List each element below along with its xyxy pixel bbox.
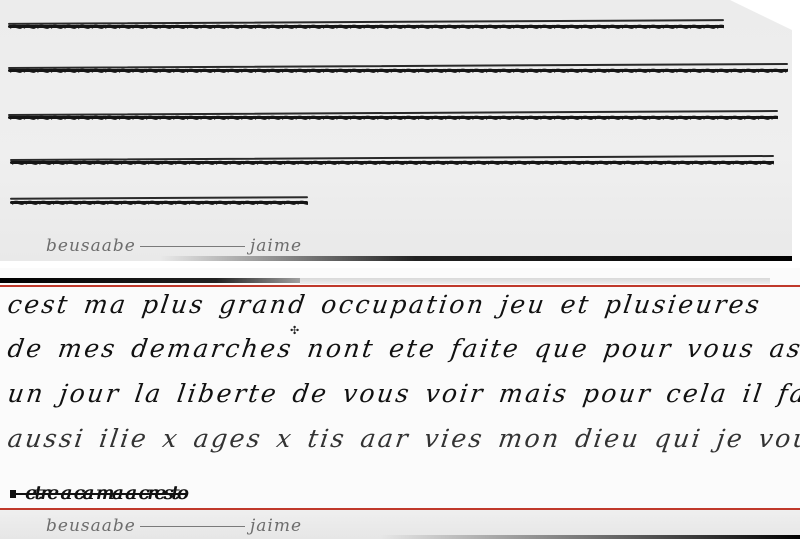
censored-line-1: ~~~~~~~~~~~~~~~~~~~~~~~~~~~~~~~~~~~~~~~~… <box>8 14 724 36</box>
lower-scan-strip: beusaabe jaime <box>0 510 800 539</box>
handwritten-line-1: cest ma plus grand occupation jeu et plu… <box>6 290 764 319</box>
strike-through <box>8 25 724 28</box>
handwritten-line-5-struck: etre a ca ma a cresto <box>10 482 186 504</box>
footer-word-left: beusaabe <box>46 236 136 256</box>
footer-word-right: jaime <box>250 236 302 256</box>
footer-word-left: beusaabe <box>46 516 136 536</box>
strike-through <box>10 493 186 495</box>
strike-through <box>10 161 774 164</box>
censored-line-4: ~~~~~~~~~~~~~~~~~~~~~~~~~~~~~~~~~~~~~~~~… <box>10 150 774 172</box>
footer-word-right: jaime <box>250 516 302 536</box>
footer-dash <box>140 246 245 247</box>
handwritten-line-2: de mes demarches nont ete faite que pour… <box>6 334 800 363</box>
deciphered-scan-panel: cest ma plus grand occupation jeu et plu… <box>0 268 800 539</box>
censored-line-3: ~~~~~~~~~~~~~~~~~~~~~~~~~~~~~~~~~~~~~~~~… <box>8 105 778 127</box>
censored-line-2: ~~~~~~~~~~~~~~~~~~~~~~~~~~~~~~~~~~~~~~~~… <box>8 58 788 80</box>
scan-edge-band <box>300 278 770 284</box>
strike-through <box>8 69 788 72</box>
strike-through <box>10 201 308 204</box>
red-rule-top <box>0 285 800 287</box>
handwritten-line-4: aussi ilie x ages x tis aar vies mon die… <box>6 424 800 453</box>
handwritten-line-3: un jour la liberte de vous voir mais pou… <box>6 379 800 408</box>
censored-scan-panel: ~~~~~~~~~~~~~~~~~~~~~~~~~~~~~~~~~~~~~~~~… <box>0 0 800 261</box>
footer-dash <box>140 526 245 527</box>
censored-line-5: ~~~~~~~~~~~~~~~~~~~~~~~~~ <box>10 190 308 212</box>
strike-through <box>8 116 778 119</box>
